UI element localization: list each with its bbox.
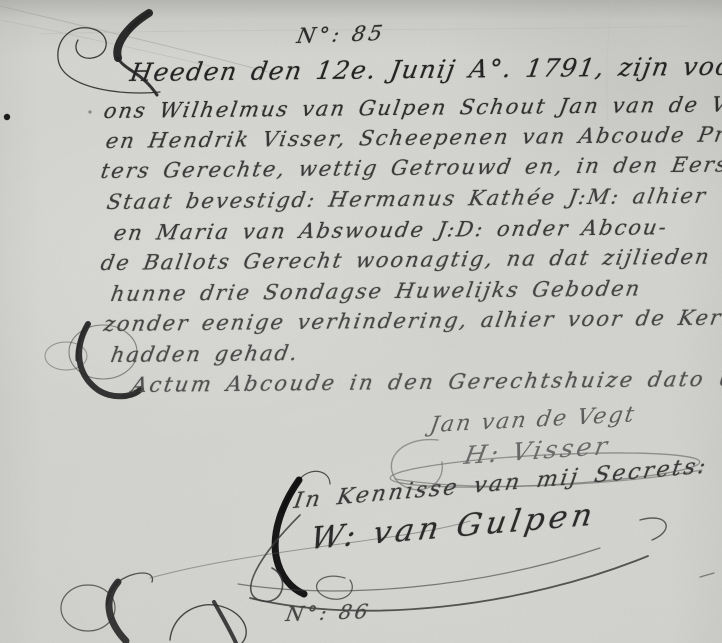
scanned-marriage-record-page: N°: 85 Heeden den 12e. Junij A°. 1791, z…: [0, 0, 722, 643]
next-record-number: N°: 86: [284, 599, 373, 626]
ink-mark: [700, 573, 714, 577]
record-number: N°: 85: [295, 21, 387, 48]
ink-dot: [4, 114, 10, 120]
handwritten-line-1: Heeden den 12e. Junij A°. 1791, zijn voo…: [128, 52, 722, 87]
handwritten-line-10: hadden gehad.: [109, 341, 301, 367]
ink-dot: [88, 110, 91, 113]
